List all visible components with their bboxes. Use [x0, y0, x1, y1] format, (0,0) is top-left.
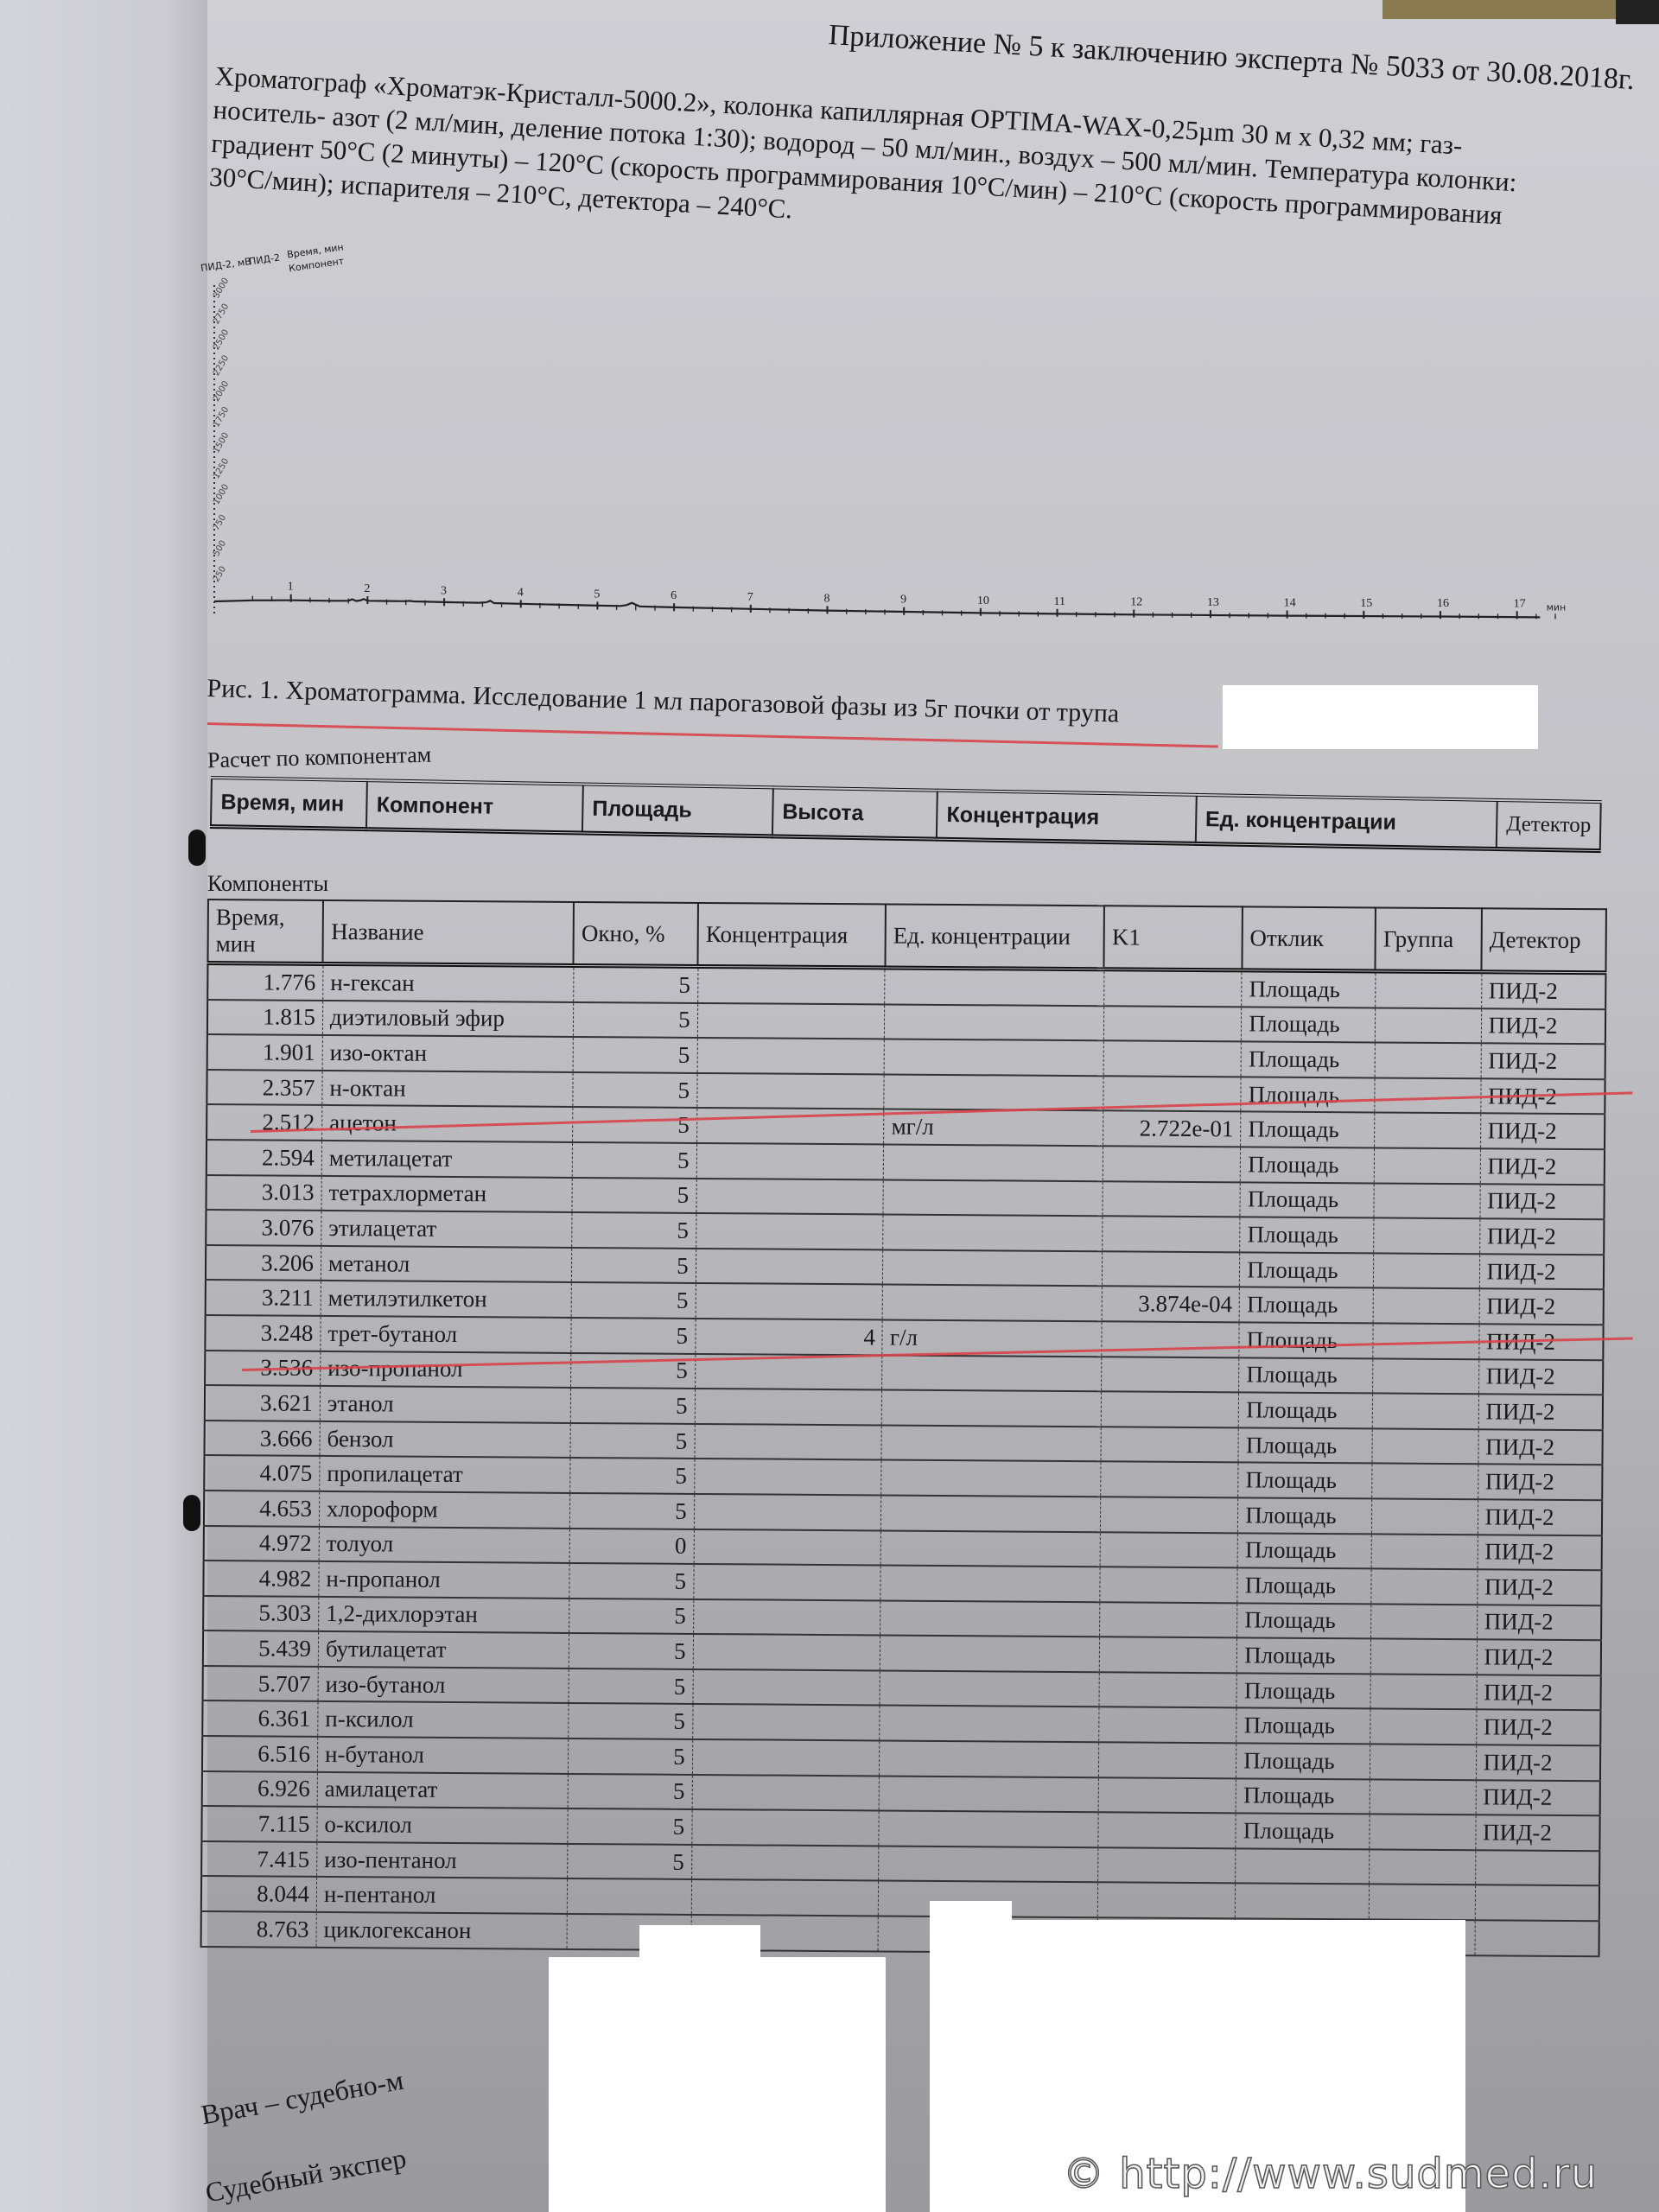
k1-cell	[1098, 1742, 1236, 1778]
name-cell: метилэтилкетон	[321, 1281, 571, 1318]
response-cell: Площадь	[1239, 1322, 1373, 1358]
name-cell: изо-бутанол	[318, 1667, 569, 1704]
unit-cell	[881, 1495, 1101, 1531]
concentration-cell	[697, 966, 885, 1004]
group-cell	[1373, 1288, 1479, 1324]
svg-text:1500: 1500	[212, 431, 231, 455]
concentration-cell	[695, 1389, 882, 1425]
window-cell: 5	[569, 1633, 693, 1669]
group-cell	[1373, 1253, 1479, 1288]
svg-text:5: 5	[594, 588, 600, 601]
unit-cell	[880, 1670, 1099, 1707]
group-cell	[1375, 1043, 1481, 1078]
response-cell: Площадь	[1238, 1463, 1372, 1499]
svg-text:6: 6	[671, 589, 677, 602]
window-cell: 5	[568, 1703, 692, 1739]
unit-cell	[880, 1776, 1099, 1812]
response-cell: Площадь	[1239, 1357, 1373, 1394]
svg-text:1250: 1250	[212, 457, 231, 481]
name-cell: бензол	[320, 1421, 570, 1459]
window-cell: 5	[568, 1808, 692, 1845]
response-cell: Площадь	[1238, 1497, 1372, 1534]
binder-hole	[183, 1495, 200, 1531]
time-cell: 1.815	[207, 1000, 323, 1036]
response-cell: Площадь	[1241, 1042, 1375, 1078]
response-cell: Площадь	[1240, 1182, 1374, 1218]
name-cell: хлороформ	[319, 1491, 569, 1529]
response-cell: Площадь	[1240, 1217, 1374, 1254]
detector-cell: ПИД-2	[1477, 1675, 1601, 1711]
name-cell: н-бутанол	[317, 1737, 568, 1774]
time-cell: 6.361	[202, 1700, 318, 1737]
window-cell: 5	[569, 1669, 693, 1705]
response-cell: Площадь	[1236, 1814, 1370, 1850]
group-cell	[1369, 1849, 1475, 1885]
detector-cell: ПИД-2	[1478, 1429, 1603, 1465]
name-cell: диэтиловый эфир	[322, 1001, 573, 1038]
k1-cell: 2.722e-01	[1103, 1111, 1241, 1147]
unit-cell	[883, 1179, 1103, 1216]
name-cell: толуол	[319, 1526, 569, 1563]
detector-cell: ПИД-2	[1481, 1043, 1605, 1079]
time-cell: 3.248	[205, 1315, 321, 1351]
response-cell: Площадь	[1237, 1638, 1371, 1675]
detector-cell: ПИД-2	[1477, 1640, 1601, 1676]
calc-table: Время, мин Компонент Площадь Высота Конц…	[210, 776, 1602, 853]
group-cell	[1374, 1113, 1480, 1148]
group-cell	[1374, 1147, 1480, 1183]
k1-cell	[1099, 1672, 1237, 1708]
unit-cell	[880, 1566, 1100, 1602]
response-cell: Площадь	[1236, 1673, 1370, 1709]
detector-cell: ПИД-2	[1481, 1008, 1605, 1045]
components-section-label: Компоненты	[207, 871, 328, 897]
unit-cell	[882, 1390, 1102, 1427]
group-cell	[1374, 1183, 1480, 1218]
k1-cell	[1098, 1812, 1236, 1848]
response-cell	[1236, 1848, 1370, 1885]
time-cell: 3.621	[205, 1385, 321, 1421]
watermark: © http://www.sudmed.ru	[1063, 2150, 1598, 2198]
detector-cell: ПИД-2	[1479, 1254, 1604, 1290]
time-cell: 7.115	[201, 1806, 317, 1842]
svg-text:250: 250	[212, 565, 228, 584]
response-cell	[1236, 1884, 1370, 1920]
concentration-cell	[696, 1283, 883, 1319]
name-cell: изо-октан	[322, 1035, 573, 1072]
time-cell: 7.415	[201, 1841, 317, 1878]
time-cell: 4.075	[204, 1455, 320, 1491]
column-header: Название	[323, 900, 574, 966]
calc-section-label: Расчет по компонентам	[207, 742, 432, 774]
window-cell: 5	[569, 1563, 694, 1599]
name-cell: циклогексанон	[316, 1912, 567, 1949]
window-cell: 5	[570, 1423, 695, 1459]
time-cell: 3.076	[206, 1210, 321, 1246]
name-cell: н-пропанол	[319, 1561, 569, 1599]
detector-cell: ПИД-2	[1475, 1815, 1599, 1852]
detector-cell: ПИД-2	[1479, 1218, 1604, 1255]
detector-cell: ПИД-2	[1479, 1289, 1604, 1325]
response-cell: Площадь	[1241, 1077, 1375, 1113]
unit-cell	[882, 1355, 1102, 1391]
binder-hole	[188, 829, 206, 866]
k1-cell	[1103, 969, 1242, 1007]
k1-cell	[1097, 1883, 1236, 1919]
column-header: Высота	[772, 787, 938, 839]
concentration-cell	[694, 1494, 881, 1530]
time-cell: 2.512	[207, 1104, 322, 1141]
group-cell	[1370, 1639, 1477, 1675]
time-cell: 5.303	[203, 1596, 319, 1632]
column-header: Детектор	[1482, 908, 1606, 973]
unit-cell	[880, 1600, 1100, 1637]
annex-header: Приложение № 5 к заключению эксперта № 5…	[828, 19, 1636, 97]
svg-text:2750: 2750	[212, 302, 231, 327]
svg-text:4: 4	[518, 586, 524, 599]
concentration-cell	[693, 1669, 880, 1706]
group-cell	[1370, 1569, 1477, 1605]
document-page: Приложение № 5 к заключению эксперта № 5…	[207, 0, 1659, 2212]
window-cell: 5	[567, 1844, 691, 1880]
time-cell: 4.982	[203, 1560, 319, 1597]
svg-text:1750: 1750	[212, 405, 231, 429]
window-cell: 5	[573, 1037, 697, 1073]
svg-text:16: 16	[1437, 597, 1449, 610]
svg-text:2000: 2000	[212, 379, 231, 404]
response-cell: Площадь	[1241, 1147, 1375, 1183]
column-header: Площадь	[582, 785, 773, 836]
expert-signature-label: Судебный экспер	[203, 2142, 409, 2209]
group-cell	[1373, 1218, 1479, 1254]
response-cell: Площадь	[1240, 1252, 1374, 1288]
k1-cell	[1100, 1567, 1238, 1603]
column-header: Концентрация	[698, 903, 886, 968]
group-cell	[1370, 1674, 1477, 1709]
chromatogram: ПИД-2, мВ ПИД-2 Время, мин Компонент 250…	[207, 233, 1590, 683]
concentration-cell	[696, 1249, 883, 1285]
unit-cell	[883, 1249, 1103, 1286]
k1-cell	[1102, 1216, 1240, 1252]
name-cell: о-ксилол	[317, 1807, 568, 1844]
window-cell	[567, 1878, 691, 1915]
window-cell: 5	[568, 1738, 692, 1775]
k1-cell	[1099, 1637, 1237, 1674]
k1-cell	[1101, 1427, 1239, 1463]
unit-cell	[881, 1425, 1101, 1461]
time-cell: 2.357	[207, 1070, 322, 1106]
unit-cell	[883, 1285, 1103, 1321]
k1-cell	[1103, 1006, 1242, 1042]
detector-cell: ПИД-2	[1477, 1605, 1601, 1641]
concentration-cell	[696, 1179, 884, 1215]
redacted-area	[549, 1957, 886, 2212]
name-cell: п-ксилол	[318, 1701, 569, 1738]
window-cell: 5	[573, 1072, 697, 1109]
response-cell: Площадь	[1236, 1743, 1370, 1779]
time-cell: 5.439	[203, 1630, 319, 1667]
svg-text:10: 10	[977, 594, 989, 607]
components-table-header: Время, мин Название Окно, % Концентрация…	[207, 899, 1605, 973]
chromatogram-plot: 2505007501000125015001750200022502500275…	[207, 233, 1607, 683]
group-cell	[1370, 1744, 1476, 1779]
svg-text:17: 17	[1514, 597, 1526, 610]
response-cell: Площадь	[1237, 1567, 1371, 1604]
detector-cell	[1475, 1920, 1599, 1956]
time-cell: 3.206	[206, 1245, 321, 1281]
concentration-cell	[696, 1143, 884, 1179]
column-header: Время, мин	[211, 778, 367, 829]
k1-cell	[1103, 1040, 1242, 1077]
detector-cell: ПИД-2	[1476, 1780, 1600, 1816]
time-cell: 6.926	[202, 1771, 318, 1808]
name-cell: н-октан	[322, 1071, 573, 1108]
name-cell: изо-пентанол	[317, 1842, 568, 1879]
k1-cell	[1103, 1181, 1241, 1217]
response-cell: Площадь	[1236, 1708, 1370, 1745]
svg-text:13: 13	[1207, 596, 1219, 609]
window-cell: 5	[569, 1493, 694, 1529]
detector-cell: ПИД-2	[1476, 1710, 1600, 1746]
window-cell: 5	[572, 1142, 696, 1179]
group-cell	[1372, 1358, 1478, 1394]
unit-cell	[879, 1846, 1098, 1882]
name-cell: н-гексан	[323, 963, 574, 1001]
column-header: K1	[1104, 906, 1243, 970]
concentration-cell	[696, 1073, 884, 1109]
response-cell: Площадь	[1236, 1778, 1370, 1815]
detector-cell: ПИД-2	[1478, 1359, 1603, 1395]
time-cell: 2.594	[207, 1140, 322, 1176]
concentration-cell	[691, 1809, 879, 1846]
k1-cell	[1102, 1321, 1240, 1357]
unit-cell	[880, 1636, 1100, 1672]
group-cell	[1371, 1464, 1478, 1499]
svg-text:11: 11	[1054, 595, 1065, 608]
k1-cell	[1101, 1391, 1239, 1427]
k1-cell	[1098, 1777, 1236, 1814]
svg-text:14: 14	[1284, 597, 1296, 610]
detector-cell: ПИД-2	[1481, 972, 1605, 1009]
response-cell: Площадь	[1241, 1112, 1375, 1148]
detector-cell: ПИД-2	[1480, 1184, 1605, 1220]
name-cell: 1,2-дихлорэтан	[319, 1597, 569, 1634]
unit-cell	[881, 1530, 1101, 1567]
group-cell	[1371, 1498, 1478, 1534]
k1-cell	[1098, 1707, 1236, 1744]
column-header: Детектор	[1497, 800, 1601, 851]
concentration-cell	[691, 1879, 879, 1916]
unit-cell	[880, 1741, 1099, 1777]
name-cell: амилацетат	[317, 1772, 568, 1809]
k1-cell	[1100, 1532, 1238, 1568]
svg-text:2250: 2250	[212, 353, 231, 378]
svg-text:2: 2	[364, 582, 370, 595]
concentration-cell	[692, 1704, 880, 1740]
window-cell: 5	[572, 1178, 696, 1214]
unit-cell	[880, 1706, 1099, 1742]
column-header: Ед. концентрации	[885, 904, 1104, 969]
group-cell	[1370, 1604, 1477, 1639]
svg-text:750: 750	[212, 513, 228, 532]
name-cell: метанол	[321, 1246, 571, 1283]
group-cell	[1370, 1709, 1476, 1745]
svg-text:12: 12	[1130, 596, 1142, 609]
window-cell: 5	[573, 965, 697, 1002]
column-header: Ед. концентрации	[1196, 795, 1497, 849]
k1-cell	[1099, 1602, 1237, 1638]
adjacent-page	[0, 0, 207, 2212]
doctor-signature-label: Врач – судебно-м	[199, 2064, 406, 2132]
response-cell: Площадь	[1239, 1287, 1373, 1324]
group-cell	[1372, 1394, 1478, 1429]
concentration-cell	[697, 1003, 885, 1039]
response-cell: Площадь	[1238, 1427, 1372, 1464]
redacted-area	[1223, 685, 1538, 749]
column-header: Концентрация	[937, 791, 1196, 844]
concentration-cell	[695, 1424, 882, 1460]
name-cell: трет-бутанол	[321, 1316, 571, 1353]
concentration-cell	[694, 1529, 881, 1565]
time-cell: 8.763	[201, 1911, 317, 1948]
group-cell	[1375, 971, 1481, 1008]
name-cell: этанол	[320, 1386, 570, 1423]
time-cell: 3.013	[206, 1175, 321, 1211]
column-header: Группа	[1376, 907, 1483, 971]
time-cell: 5.707	[203, 1666, 319, 1702]
column-header: Окно, %	[574, 902, 698, 967]
group-cell	[1370, 1779, 1476, 1815]
calc-table-header: Время, мин Компонент Площадь Высота Конц…	[211, 778, 1601, 851]
column-header: Компонент	[366, 780, 583, 833]
window-cell: 5	[568, 1774, 692, 1810]
concentration-cell	[696, 1213, 883, 1249]
k1-cell	[1100, 1462, 1238, 1498]
svg-text:15: 15	[1360, 597, 1372, 610]
group-cell	[1375, 1007, 1481, 1043]
unit-cell	[885, 1004, 1104, 1040]
unit-cell	[881, 1460, 1101, 1497]
group-cell	[1369, 1815, 1475, 1850]
name-cell: метилацетат	[321, 1141, 572, 1178]
detector-cell: ПИД-2	[1478, 1394, 1603, 1430]
concentration-cell	[694, 1459, 881, 1495]
svg-text:2500: 2500	[212, 328, 231, 353]
detector-cell: ПИД-2	[1477, 1569, 1601, 1605]
column-header: Время, мин	[207, 899, 323, 963]
detector-cell: ПИД-2	[1480, 1114, 1605, 1150]
name-cell: бутилацетат	[318, 1631, 569, 1669]
response-cell: Площадь	[1242, 970, 1376, 1007]
detector-cell: ПИД-2	[1480, 1148, 1605, 1185]
unit-cell	[879, 1811, 1098, 1847]
k1-cell	[1100, 1497, 1238, 1533]
response-cell: Площадь	[1242, 1007, 1376, 1043]
window-cell: 5	[571, 1248, 696, 1284]
group-cell	[1371, 1534, 1478, 1569]
k1-cell	[1102, 1251, 1240, 1287]
name-cell: этилацетат	[321, 1211, 572, 1248]
svg-text:8: 8	[823, 592, 829, 605]
k1-cell	[1101, 1357, 1239, 1393]
response-cell: Площадь	[1237, 1533, 1371, 1569]
detector-cell	[1475, 1850, 1599, 1886]
concentration-cell: 4	[695, 1319, 882, 1355]
window-cell: 5	[569, 1458, 694, 1494]
group-cell	[1372, 1428, 1478, 1464]
unit-cell	[885, 1039, 1104, 1076]
name-cell: н-пентанол	[316, 1877, 567, 1914]
time-cell: 1.901	[207, 1034, 323, 1071]
time-cell: 4.972	[204, 1525, 320, 1561]
svg-text:1: 1	[288, 581, 294, 594]
svg-text:3: 3	[441, 584, 447, 597]
name-cell: изо-пропанол	[321, 1351, 571, 1388]
window-cell: 5	[571, 1318, 696, 1354]
window-cell: 5	[569, 1599, 693, 1635]
svg-text:1000: 1000	[212, 483, 231, 507]
group-cell	[1369, 1885, 1475, 1920]
svg-text:3000: 3000	[212, 276, 231, 301]
unit-cell	[885, 968, 1104, 1006]
time-cell: 4.653	[204, 1491, 320, 1527]
detector-cell: ПИД-2	[1476, 1745, 1600, 1781]
detector-cell	[1475, 1885, 1599, 1922]
svg-text:9: 9	[900, 594, 906, 607]
time-cell: 1.776	[207, 963, 323, 1001]
time-cell: 6.516	[202, 1736, 318, 1772]
unit-cell	[884, 1074, 1103, 1110]
svg-text:500: 500	[212, 539, 228, 558]
concentration-cell	[692, 1775, 880, 1811]
window-cell: 5	[571, 1282, 696, 1319]
column-header: Отклик	[1242, 906, 1376, 971]
window-cell: 5	[572, 1107, 696, 1143]
window-cell: 5	[571, 1212, 696, 1249]
unit-cell: мг/л	[884, 1109, 1103, 1146]
svg-text:7: 7	[747, 591, 753, 604]
response-cell: Площадь	[1237, 1603, 1371, 1639]
unit-cell	[884, 1144, 1103, 1180]
concentration-cell	[693, 1599, 880, 1636]
time-cell: 3.211	[206, 1280, 321, 1316]
concentration-cell	[691, 1845, 879, 1881]
response-cell: Площадь	[1239, 1392, 1373, 1428]
concentration-cell	[693, 1564, 880, 1600]
unit-cell	[883, 1215, 1103, 1251]
window-cell: 0	[569, 1528, 694, 1564]
svg-text:мин: мин	[1547, 601, 1567, 613]
concentration-cell	[692, 1739, 880, 1776]
concentration-cell	[693, 1634, 880, 1670]
detector-cell: ПИД-2	[1478, 1465, 1602, 1501]
name-cell: тетрахлорметан	[321, 1175, 572, 1212]
k1-cell	[1097, 1847, 1236, 1884]
time-cell: 8.044	[201, 1876, 317, 1912]
detector-cell: ПИД-2	[1478, 1535, 1602, 1571]
concentration-cell	[697, 1038, 885, 1074]
k1-cell: 3.874e-04	[1102, 1287, 1240, 1323]
detector-cell: ПИД-2	[1478, 1499, 1602, 1535]
window-cell: 5	[570, 1388, 695, 1424]
components-table: Время, мин Название Окно, % Концентрация…	[200, 899, 1607, 1957]
name-cell: пропилацетат	[320, 1456, 570, 1493]
time-cell: 3.666	[205, 1421, 321, 1457]
window-cell: 5	[573, 1002, 697, 1039]
k1-cell	[1103, 1146, 1241, 1182]
